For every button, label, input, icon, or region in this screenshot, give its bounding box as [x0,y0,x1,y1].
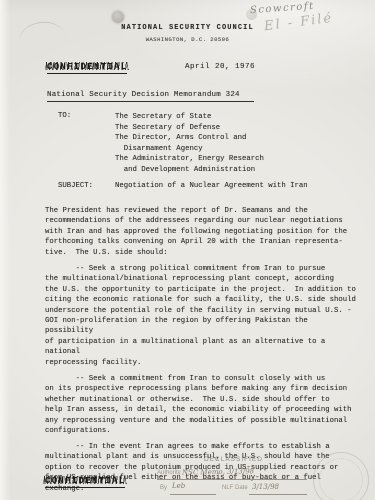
nlf-date-underline [249,493,307,495]
body-paragraph-3: -- Seek a commitment from Iran to consul… [45,374,357,437]
redaction-scribble [45,62,129,70]
declassified-stamp-title: DECLASSIFIED [204,456,263,463]
letterhead-org: NATIONAL SECURITY COUNCIL [0,24,375,32]
authority-handwritten-value: NSC Memo, 3/13/98 [182,467,254,476]
redaction-scribble [43,476,127,484]
authority-label: Authority [157,470,181,476]
nlf-date-handwritten-value: 3/13/98 [252,483,279,491]
body-paragraph-2: -- Seek a strong political commitment fr… [45,264,357,369]
authority-underline [157,478,307,480]
memo-title: National Security Decision Memorandum 32… [47,91,254,102]
scanned-memo-page: Scowcroft El - Filé NATIONAL SECURITY CO… [0,0,375,500]
subject-text: Negotiation of a Nuclear Agreement with … [115,182,308,190]
punch-hole [112,11,124,23]
subject-label: SUBJECT: [58,182,93,190]
recipient-list: The Secretary of State The Secretary of … [115,112,264,176]
faint-circular-stamp [313,452,369,500]
by-label: By [160,485,167,491]
to-label: TO: [58,112,71,120]
nlf-date-label: NLF Date [222,485,248,491]
body-paragraph-1: The President has reviewed the report of… [45,206,357,258]
memo-body: The President has reviewed the report of… [45,206,357,500]
memo-date: April 20, 1976 [185,63,255,71]
by-underline [170,493,216,495]
classification-stamp-top: CONFIDENTIAL [47,62,127,74]
letterhead-location: WASHINGTON, D.C. 20506 [0,36,375,43]
by-handwritten-value: Leb [172,482,185,490]
classification-stamp-bottom: CONFIDENTIAL [45,476,125,488]
